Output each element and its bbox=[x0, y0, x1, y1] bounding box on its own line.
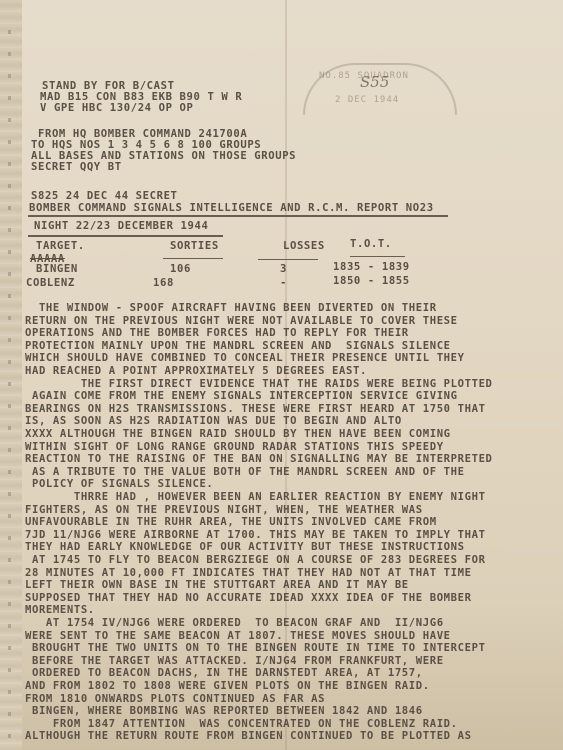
perforation bbox=[8, 228, 11, 232]
perforation bbox=[8, 426, 11, 430]
body-line: AGAIN COME FROM THE ENEMY SIGNALS INTERC… bbox=[25, 390, 458, 402]
report-title: BOMBER COMMAND SIGNALS INTELLIGENCE AND … bbox=[29, 202, 434, 214]
body-line: WERE SENT TO THE SAME BEACON AT 1807. TH… bbox=[25, 630, 451, 642]
perforation bbox=[8, 294, 11, 298]
perforation bbox=[8, 118, 11, 122]
night-rule bbox=[28, 235, 223, 237]
body-line: FIGHTERS, AS ON THE PREVIOUS NIGHT, WHEN… bbox=[25, 504, 423, 516]
body-line: AS A TRIBUTE TO THE VALUE BOTH OF THE MA… bbox=[25, 466, 465, 478]
body-line: LEFT THEIR OWN BASE IN THE STUTTGART ARE… bbox=[25, 579, 409, 591]
handwritten-number: S55 bbox=[360, 73, 389, 91]
col-sorties: SORTIES bbox=[170, 240, 219, 252]
routing-line: SECRET QQY BT bbox=[31, 161, 122, 173]
body-line: FROM 1847 ATTENTION WAS CONCENTRATED ON … bbox=[25, 718, 458, 730]
night-heading: NIGHT 22/23 DECEMBER 1944 bbox=[34, 220, 208, 232]
body-line: THRRE HAD , HOWEVER BEEN AN EARLIER REAC… bbox=[25, 491, 486, 503]
perforation bbox=[8, 558, 11, 562]
cell-sorties: 168 bbox=[153, 277, 174, 289]
cell-tot: 1835 - 1839 bbox=[333, 261, 410, 273]
perforation bbox=[8, 206, 11, 210]
body-line: IS, AS SOON AS H2S RADIATION WAS DUE TO … bbox=[25, 415, 402, 427]
body-line: XXXX ALTHOUGH THE BINGEN RAID SHOULD BY … bbox=[25, 428, 451, 440]
cell-sorties: 106 bbox=[170, 263, 191, 275]
body-line: AND FROM 1802 TO 1808 WERE GIVEN PLOTS O… bbox=[25, 680, 430, 692]
body-line: THE WINDOW - SPOOF AIRCRAFT HAVING BEEN … bbox=[25, 302, 437, 314]
perforation bbox=[8, 646, 11, 650]
perforation bbox=[8, 52, 11, 56]
perforation bbox=[8, 602, 11, 606]
perforation bbox=[8, 140, 11, 144]
losses-rule bbox=[258, 259, 318, 260]
title-rule bbox=[28, 215, 448, 217]
body-line: BEFORE THE TARGET WAS ATTACKED. I/NJG4 F… bbox=[25, 655, 444, 667]
body-line: SUPPOSED THAT THEY HAD NO ACCURATE IDEAD… bbox=[25, 592, 472, 604]
perforation bbox=[8, 448, 11, 452]
body-line: BEARINGS ON H2S TRANSMISSIONS. THESE WER… bbox=[25, 403, 486, 415]
body-line: 28 MINUTES AT 10,000 FT INDICATES THAT T… bbox=[25, 567, 472, 579]
cell-tot: 1850 - 1855 bbox=[333, 275, 410, 287]
perforation bbox=[8, 30, 11, 34]
perforation bbox=[8, 470, 11, 474]
body-line: PROTECTION MAINLY UPON THE MANDRL SCREEN… bbox=[25, 340, 451, 352]
body-line: OPERATIONS AND THE BOMBER FORCES HAD TO … bbox=[25, 327, 409, 339]
stamp-date: 2 DEC 1944 bbox=[335, 95, 399, 105]
body-line: ALTHOUGH THE RETURN ROUTE FROM BINGEN CO… bbox=[25, 730, 472, 742]
body-line: HAD REACHED A POINT APPROXIMATELY 5 DEGR… bbox=[25, 365, 367, 377]
perforation bbox=[8, 690, 11, 694]
body-line: WHICH SHOULD HAVE COMBINED TO CONCEAL TH… bbox=[25, 352, 465, 364]
col-target: TARGET. bbox=[36, 240, 85, 252]
cell-losses: 3 bbox=[280, 263, 287, 275]
perforation bbox=[8, 536, 11, 540]
body-line: AT 1754 IV/NJG6 WERE ORDERED TO BEACON G… bbox=[25, 617, 444, 629]
body-line: POLICY OF SIGNALS SILENCE. bbox=[25, 478, 213, 490]
perforation bbox=[8, 382, 11, 386]
perforation bbox=[8, 668, 11, 672]
body-line: AT 1745 TO FLY TO BEACON BERGZIEGE ON A … bbox=[25, 554, 486, 566]
body-line: WITHIN SIGHT OF LONG RANGE GROUND RADAR … bbox=[25, 441, 444, 453]
perforation bbox=[8, 624, 11, 628]
cell-target: BINGEN bbox=[36, 263, 78, 275]
perforation bbox=[8, 250, 11, 254]
reference-line: S825 24 DEC 44 SECRET bbox=[31, 190, 178, 202]
perforation bbox=[8, 492, 11, 496]
body-line: FROM 1810 ONWARDS PLOTS CONTINUED AS FAR… bbox=[25, 693, 325, 705]
perforation bbox=[8, 360, 11, 364]
perforation bbox=[8, 514, 11, 518]
perforation bbox=[8, 734, 11, 738]
body-line: RETURN ON THE PREVIOUS NIGHT WERE NOT AV… bbox=[25, 315, 458, 327]
perforation bbox=[8, 338, 11, 342]
perforated-edge bbox=[0, 0, 22, 750]
body-line: MOREMENTS. bbox=[25, 604, 95, 616]
perforation bbox=[8, 316, 11, 320]
body-line: 7JD 11/NJG6 WERE AIRBORNE AT 1700. THIS … bbox=[25, 529, 486, 541]
body-line: THEY HAD EARLY KNOWLEDGE OF OUR ACTIVITY… bbox=[25, 541, 465, 553]
cell-losses: - bbox=[280, 277, 287, 289]
body-line: BINGEN, WHERE BOMBING WAS REPORTED BETWE… bbox=[25, 705, 423, 717]
col-losses: LOSSES bbox=[283, 240, 325, 252]
perforation bbox=[8, 404, 11, 408]
tot-rule bbox=[350, 256, 405, 257]
perforation bbox=[8, 272, 11, 276]
body-line: REACTION TO THE RAISING OF THE BAN ON SI… bbox=[25, 453, 493, 465]
perforation bbox=[8, 74, 11, 78]
body-line: UNFAVOURABLE IN THE RUHR AREA, THE UNITS… bbox=[25, 516, 437, 528]
body-line: ORDERED TO BEACON DACHS, IN THE DARNSTED… bbox=[25, 667, 423, 679]
body-line: THE FIRST DIRECT EVIDENCE THAT THE RAIDS… bbox=[25, 378, 493, 390]
perforation bbox=[8, 580, 11, 584]
perforation bbox=[8, 184, 11, 188]
squadron-stamp: NO.85 SQUADRON S55 2 DEC 1944 bbox=[303, 63, 457, 115]
cell-target: COBLENZ bbox=[26, 277, 75, 289]
sorties-rule bbox=[163, 258, 223, 259]
col-tot: T.O.T. bbox=[350, 238, 392, 250]
body-line: BROUGHT THE TWO UNITS ON TO THE BINGEN R… bbox=[25, 642, 486, 654]
perforation bbox=[8, 162, 11, 166]
perforation bbox=[8, 712, 11, 716]
header-line: V GPE HBC 130/24 OP OP bbox=[40, 102, 194, 114]
perforation bbox=[8, 96, 11, 100]
